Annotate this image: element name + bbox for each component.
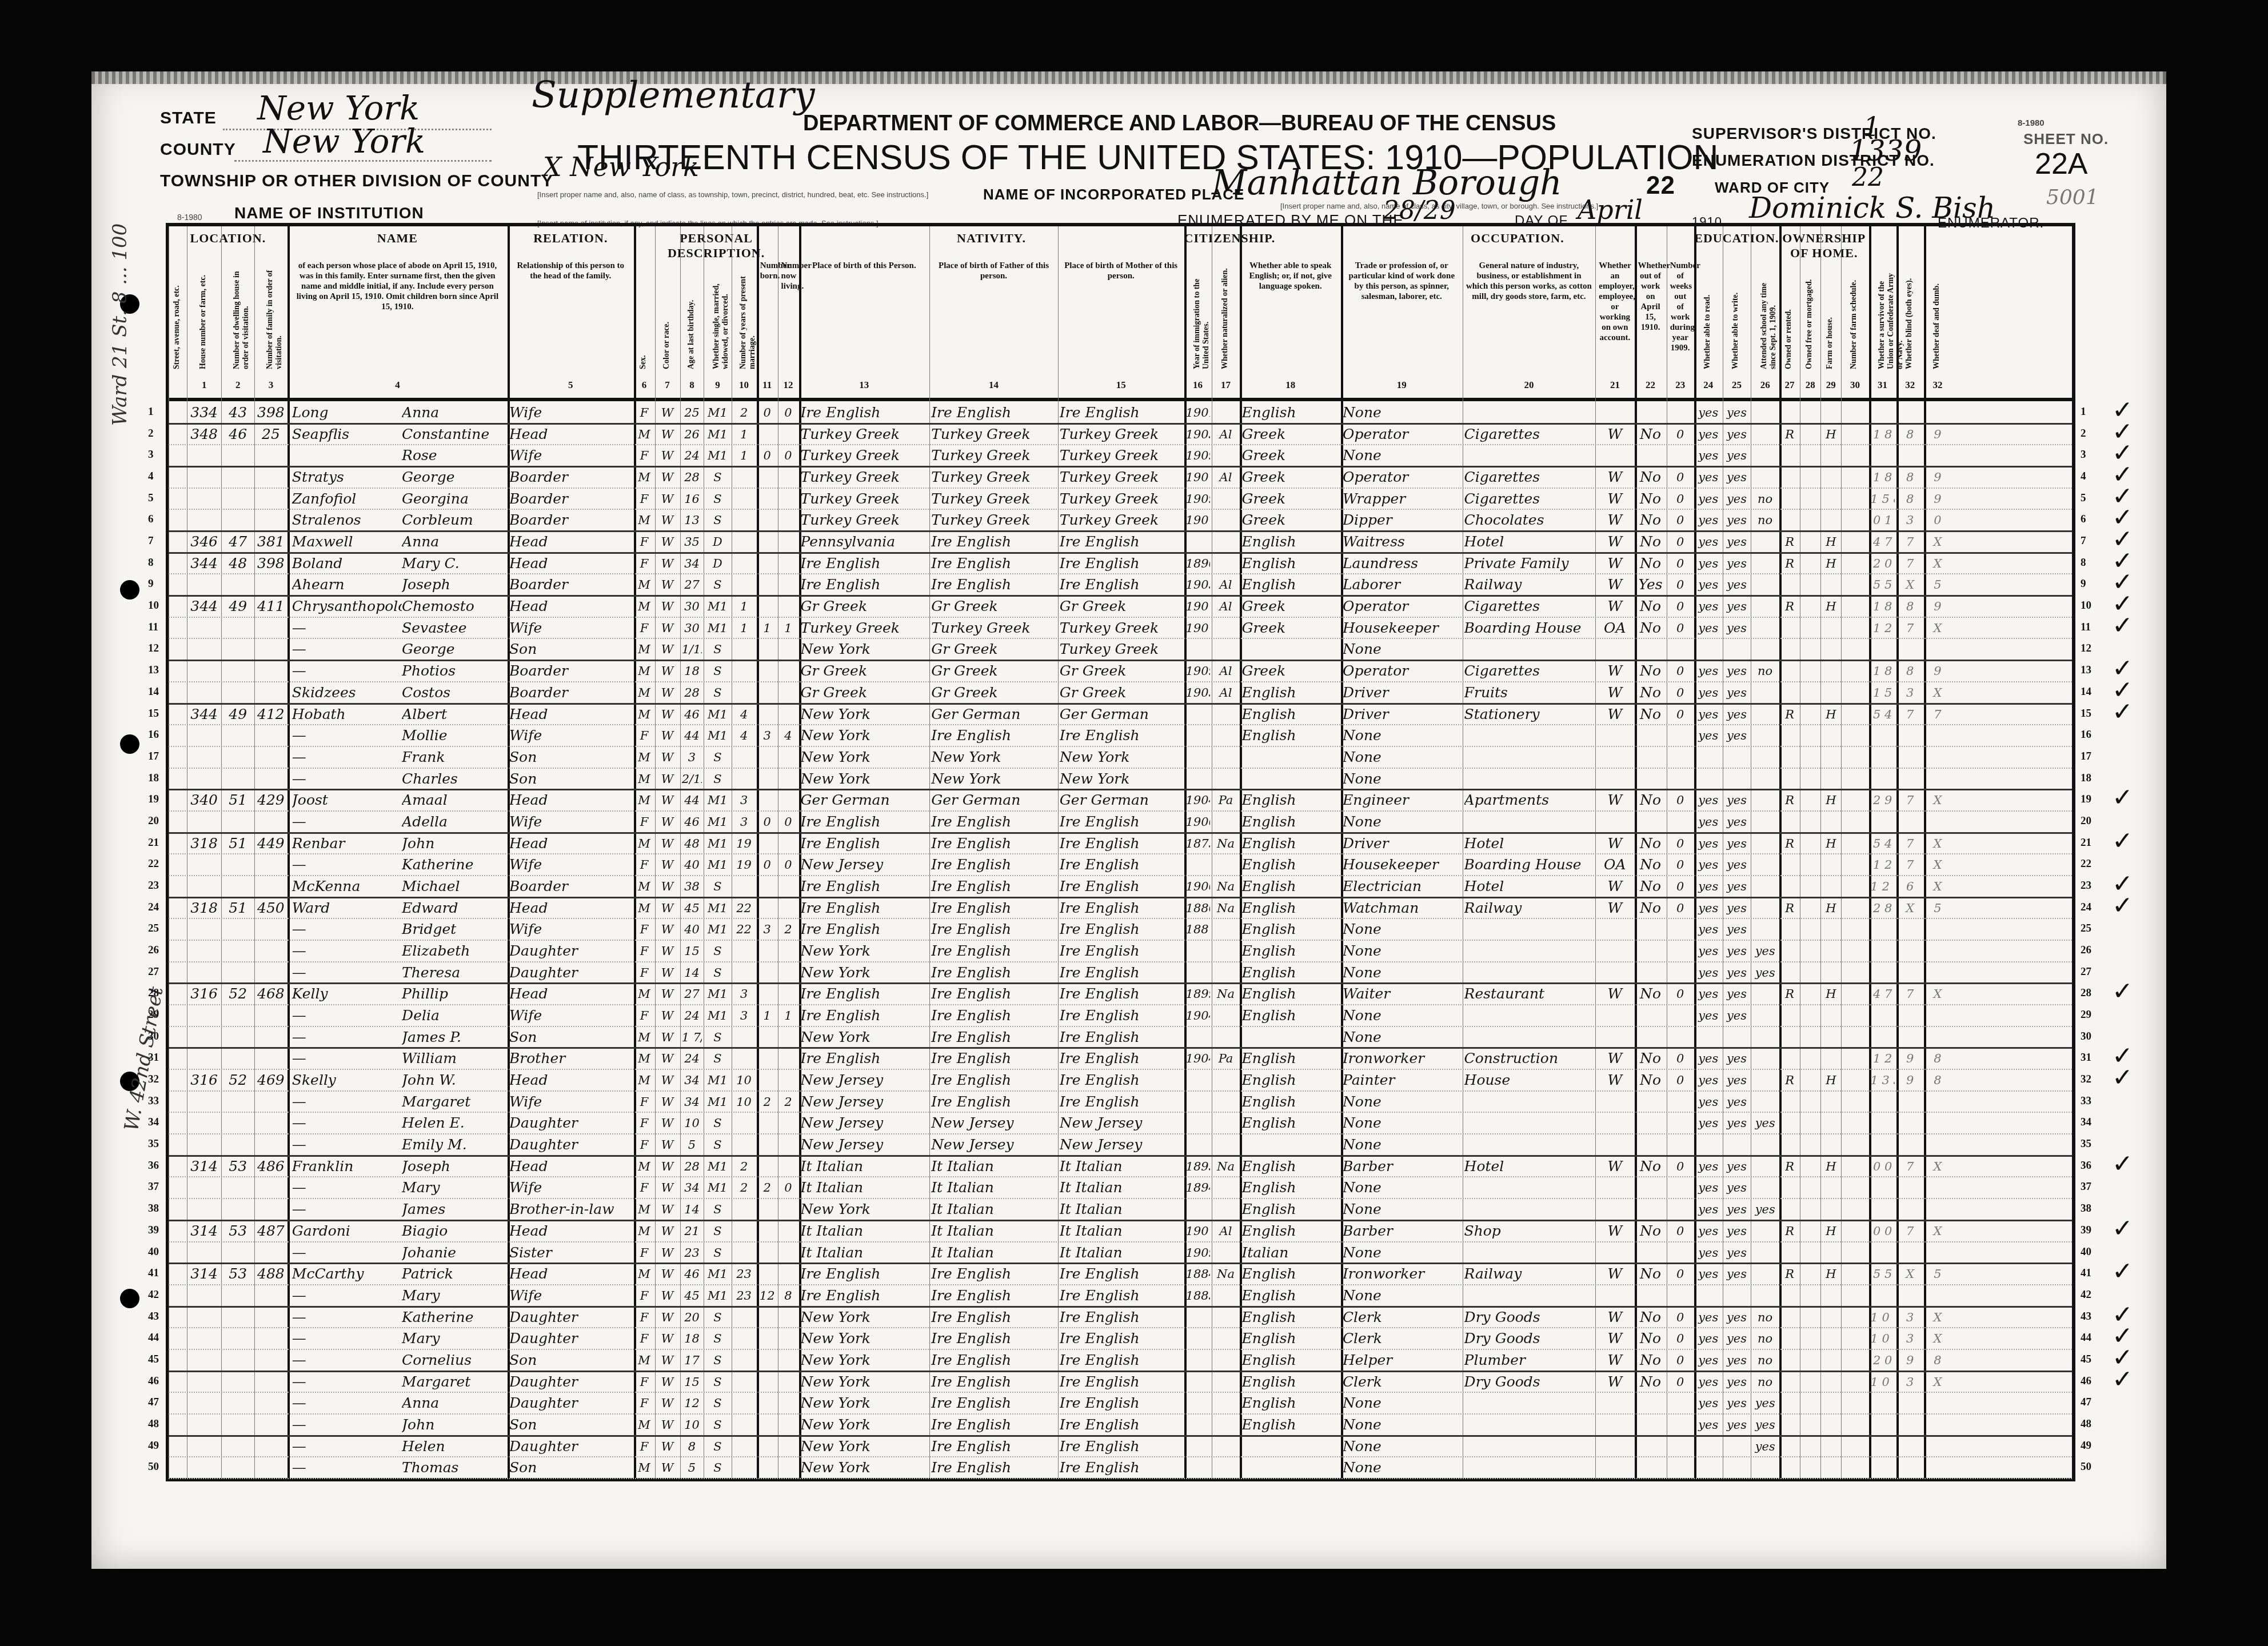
c32-cell: X [1926,617,1950,638]
line-number-left: 34 [148,1116,159,1129]
house-cell [189,1241,219,1263]
weeks-cell [1668,1112,1692,1133]
lang-cell: English [1241,401,1339,422]
c32-cell: 9 [1926,595,1950,616]
house-cell [189,961,219,982]
race-cell: W [657,1220,678,1241]
weeks-cell [1668,724,1692,745]
trade-cell: None [1343,1198,1461,1219]
street-cell [170,509,185,530]
born-cell [758,789,776,810]
c31-cell: 7 [1898,552,1922,573]
line-number-right: 33 [2081,1095,2091,1108]
school-cell [1752,681,1778,702]
c32-cell [1926,1026,1950,1047]
race-cell: W [657,552,678,573]
c32-cell [1926,940,1950,961]
bp-cell: New York [801,638,928,659]
bp-cell: New York [801,1026,928,1047]
line-number-left: 38 [148,1202,159,1215]
bpf-cell: Ire English [931,1392,1056,1413]
bp-cell: Ire English [801,982,928,1004]
mort-cell [1802,509,1819,530]
bpf-cell: Ire English [931,918,1056,939]
sex-cell: F [636,724,653,745]
imm-cell: 1907 [1186,509,1210,530]
c30-cell: 0 1 [1871,509,1895,530]
school-cell [1752,595,1778,616]
column-number: 17 [1212,379,1240,391]
emp-cell [1597,1284,1632,1305]
bp-cell: Ire English [801,552,928,573]
bpm-cell: Ire English [1060,810,1183,832]
weeks-cell [1668,768,1692,789]
industry-cell [1464,810,1594,832]
dwelling-cell: 43 [223,401,253,422]
yrs-cell: 2 [733,1176,755,1197]
house-cell: 314 [189,1263,219,1284]
street-cell [170,660,185,681]
marital-cell: M1 [705,617,729,638]
bpm-cell: Turkey Greek [1060,488,1183,509]
given-name-cell: Corbleum [402,509,505,530]
dwelling-cell [223,1047,253,1068]
dwelling-cell [223,1241,253,1263]
c30-cell [1871,810,1895,832]
read-cell: yes [1696,1112,1721,1133]
living-cell [780,875,797,896]
bpm-cell: Ire English [1060,897,1183,918]
census-row: 33443398LongAnnaWifeFW25M1200Ire English… [169,401,2072,425]
out-cell [1636,940,1665,961]
c30-cell: 1 0 7 [1871,1327,1895,1348]
school-cell: yes [1752,1198,1778,1219]
born-cell [758,1241,776,1263]
street-cell [170,982,185,1004]
living-cell [780,1220,797,1241]
c32-cell [1926,746,1950,767]
yrs-cell [733,552,755,573]
street-cell [170,768,185,789]
bpf-cell: New Jersey [931,1133,1056,1154]
line-number-left: 6 [148,513,154,526]
own-cell [1781,1392,1798,1413]
weeks-cell [1668,1284,1692,1305]
race-cell: W [657,1371,678,1392]
read-cell: yes [1696,444,1721,465]
race-cell: W [657,897,678,918]
nat-cell [1213,1306,1239,1327]
own-cell: R [1781,1069,1798,1090]
column-number: 31 [1869,379,1896,391]
census-row: —PhotiosBoarderMW18SGr GreekGr GreekGr G… [169,660,2072,682]
column-number: 11 [757,379,778,391]
column-desc-trade: Trade or profession of, or particular ki… [1344,261,1459,302]
c31-cell [1898,724,1922,745]
column-desc-family: Number of family in order of visitation. [266,266,284,369]
sched-cell [1843,1371,1867,1392]
imm-cell: 1909 [1186,660,1210,681]
lang-cell: English [1241,875,1339,896]
c30-cell [1871,1241,1895,1263]
c30-cell [1871,1198,1895,1219]
group-header-education: EDUCATION. [1694,231,1779,246]
family-cell [256,444,286,465]
born-cell [758,940,776,961]
weeks-cell: 0 [1668,853,1692,874]
marital-cell: S [705,681,729,702]
line-number-left: 44 [148,1332,159,1344]
column-number: 26 [1751,379,1779,391]
trade-cell: Driver [1343,703,1461,724]
c32-cell [1926,724,1950,745]
out-cell: No [1636,1349,1665,1370]
mort-cell [1802,1371,1819,1392]
weeks-cell: 0 [1668,832,1692,853]
trade-cell: Operator [1343,466,1461,487]
family-cell [256,681,286,702]
weeks-cell [1668,1456,1692,1477]
line-number-left: 25 [148,922,159,935]
marital-cell: M1 [705,853,729,874]
mort-cell [1802,1284,1819,1305]
imm-cell [1186,703,1210,724]
race-cell: W [657,1112,678,1133]
column-desc-c30: Whether a survivor of the Union or Confe… [1878,266,1905,369]
c30-cell: 1 0 7 [1871,1371,1895,1392]
imm-cell [1186,1112,1210,1133]
census-row: —BridgetWifeFW40M12232Ire EnglishIre Eng… [169,918,2072,941]
emp-cell: W [1597,466,1632,487]
age-cell: 12 [682,1392,702,1413]
census-row: 31851449RenbarJohnHeadMW48M119Ire Englis… [169,832,2072,855]
c31-cell [1898,1026,1922,1047]
yrs-cell [733,1327,755,1348]
c32-cell [1926,1241,1950,1263]
c30-cell [1871,1456,1895,1477]
c30-cell [1871,1090,1895,1112]
imm-cell: 1909 [1186,1241,1210,1263]
age-cell: 40 [682,853,702,874]
weeks-cell: 0 [1668,552,1692,573]
given-name-cell: Katherine [402,1306,505,1327]
out-cell: No [1636,1327,1665,1348]
house-cell [189,875,219,896]
nat-cell [1213,853,1239,874]
school-cell [1752,530,1778,552]
lang-cell: English [1241,918,1339,939]
census-row: —HelenDaughterFW8SNew YorkIre EnglishIre… [169,1435,2072,1458]
street-cell [170,681,185,702]
column-desc-emp: Whether an employer, employee, or workin… [1599,261,1631,343]
write-cell [1724,768,1750,789]
column-desc-write: Whether able to write. [1731,266,1740,369]
sheet-label: SHEET NO. [2023,130,2109,148]
trade-cell: None [1343,768,1461,789]
line-number-right: 18 [2081,772,2091,785]
yrs-cell: 22 [733,897,755,918]
bpf-cell: Ire English [931,401,1056,422]
house-cell [189,1198,219,1219]
dwelling-cell: 51 [223,789,253,810]
read-cell: yes [1696,466,1721,487]
c32-cell: X [1926,1371,1950,1392]
age-cell: 24 [682,1004,702,1025]
living-cell [780,509,797,530]
surname-cell: Seapflis [292,423,402,444]
column-desc-c31: Whether blind (both eyes). [1905,266,1914,369]
column-desc-weeks: Number of weeks out of work during year … [1670,261,1691,353]
industry-cell: Chocolates [1464,509,1594,530]
bpm-cell: Ire English [1060,573,1183,594]
mort-cell [1802,1047,1819,1068]
line-number-right: 38 [2081,1202,2091,1215]
surname-cell: Stratys [292,466,402,487]
sex-cell: M [636,1456,653,1477]
bp-cell: Ire English [801,1047,928,1068]
marital-cell: M1 [705,1284,729,1305]
bpm-cell: Ire English [1060,1371,1183,1392]
line-number-right: 32 [2081,1073,2091,1086]
house-cell [189,488,219,509]
sched-cell [1843,853,1867,874]
sex-cell: F [636,1241,653,1263]
sched-cell [1843,768,1867,789]
write-cell: yes [1724,875,1750,896]
bp-cell: Pennsylvania [801,530,928,552]
lang-cell: Greek [1241,595,1339,616]
race-cell: W [657,1069,678,1090]
bpf-cell: Ire English [931,1306,1056,1327]
read-cell [1696,1133,1721,1154]
census-row: —DeliaWifeFW24M1311Ire EnglishIre Englis… [169,1004,2072,1027]
house-cell [189,1112,219,1133]
living-cell [780,1392,797,1413]
sex-cell: F [636,1284,653,1305]
own-cell [1781,1241,1798,1263]
weeks-cell: 0 [1668,1155,1692,1176]
farm-cell [1822,1435,1839,1456]
street-cell [170,961,185,982]
lang-cell: English [1241,1069,1339,1090]
yrs-cell [733,1392,755,1413]
house-cell: 316 [189,982,219,1004]
relation-cell: Head [509,832,632,853]
weeks-cell [1668,1241,1692,1263]
race-cell: W [657,401,678,422]
relation-cell: Wife [509,1090,632,1112]
mort-cell [1802,1456,1819,1477]
living-cell [780,660,797,681]
school-cell: yes [1752,1392,1778,1413]
nat-cell [1213,1112,1239,1133]
school-cell [1752,1220,1778,1241]
relation-cell: Sister [509,1241,632,1263]
bpf-cell: Ire English [931,897,1056,918]
line-number-left: 30 [148,1030,159,1043]
relation-cell: Head [509,530,632,552]
nat-cell: Pa [1213,789,1239,810]
race-cell: W [657,1047,678,1068]
imm-cell [1186,1069,1210,1090]
c31-cell [1898,1456,1922,1477]
school-cell [1752,1090,1778,1112]
house-cell: 318 [189,832,219,853]
out-cell [1636,1456,1665,1477]
write-cell [1724,746,1750,767]
read-cell: yes [1696,982,1721,1004]
line-number-right: 2 [2081,428,2086,440]
sched-cell [1843,509,1867,530]
born-cell [758,703,776,724]
sched-cell [1843,1327,1867,1348]
c32-cell [1926,444,1950,465]
line-number-left: 31 [148,1052,159,1064]
census-row: —AdellaWifeFW46M1300Ire EnglishIre Engli… [169,810,2072,834]
imm-cell [1186,1456,1210,1477]
line-number-left: 50 [148,1461,159,1473]
own-cell [1781,1413,1798,1435]
imm-cell: 1900 [1186,810,1210,832]
nat-cell [1213,724,1239,745]
given-name-cell: Patrick [402,1263,505,1284]
emp-cell: W [1597,1069,1632,1090]
nat-cell [1213,509,1239,530]
trade-cell: None [1343,724,1461,745]
sex-cell: M [636,875,653,896]
c32-cell: 9 [1926,466,1950,487]
column-number: 9 [704,379,731,391]
relation-cell: Wife [509,1004,632,1025]
family-cell [256,638,286,659]
weeks-cell: 0 [1668,703,1692,724]
imm-cell [1186,638,1210,659]
line-number-left: 2 [148,428,154,440]
c30-cell: 2 0 [1871,1349,1895,1370]
write-cell: yes [1724,810,1750,832]
born-cell: 1 [758,617,776,638]
given-name-cell: William [402,1047,505,1068]
c30-cell: 2 8 [1871,897,1895,918]
bpm-cell: Turkey Greek [1060,423,1183,444]
industry-cell [1464,1413,1594,1435]
living-cell: 0 [780,810,797,832]
weeks-cell: 0 [1668,595,1692,616]
mort-cell [1802,918,1819,939]
given-name-cell: Helen [402,1435,505,1456]
marital-cell: M1 [705,1069,729,1090]
trade-cell: Driver [1343,832,1461,853]
bpm-cell: It Italian [1060,1155,1183,1176]
township-hint: [Insert proper name and, also, name of c… [537,190,928,199]
bpm-cell: Ire English [1060,724,1183,745]
bp-cell: It Italian [801,1155,928,1176]
line-number-right: 12 [2081,642,2091,655]
lang-cell: English [1241,573,1339,594]
lang-cell: English [1241,810,1339,832]
column-number: 23 [1667,379,1694,391]
margin-note: Ward 21 St. 8 ... 100 [109,223,131,426]
census-row: —MargaretWifeFW34M11022New JerseyIre Eng… [169,1090,2072,1113]
house-cell [189,617,219,638]
mort-cell [1802,875,1819,896]
born-cell [758,1413,776,1435]
marital-cell: S [705,638,729,659]
weeks-cell: 0 [1668,1349,1692,1370]
family-cell [256,1112,286,1133]
column-desc-mort: Owned free or mortgaged. [1805,266,1814,369]
column-desc-sex: Sex. [639,266,648,369]
street-cell [170,1112,185,1133]
emp-cell: W [1597,982,1632,1004]
industry-cell: Apartments [1464,789,1594,810]
school-cell: no [1752,1327,1778,1348]
race-cell: W [657,982,678,1004]
school-cell [1752,401,1778,422]
out-cell [1636,1392,1665,1413]
relation-cell: Son [509,638,632,659]
census-row: —TheresaDaughterFW14SNew YorkIre English… [169,961,2072,985]
industry-cell [1464,1392,1594,1413]
sex-cell: M [636,1069,653,1090]
family-cell [256,488,286,509]
read-cell: yes [1696,1306,1721,1327]
read-cell: yes [1696,1327,1721,1348]
out-cell: No [1636,1047,1665,1068]
census-row: 34449412HobathAlbertHeadMW46M14New YorkG… [169,703,2072,726]
month-value: April [1578,194,1643,225]
farm-cell [1822,1047,1839,1068]
farm-cell [1822,768,1839,789]
census-row: 3484625SeapflisConstantineHeadMW26M11Tur… [169,423,2072,446]
given-name-cell: Delia [402,1004,505,1025]
relation-cell: Head [509,552,632,573]
out-cell [1636,1435,1665,1456]
own-cell: R [1781,832,1798,853]
school-cell [1752,617,1778,638]
column-desc-born: Number born. [760,261,774,281]
given-name-cell: Biagio [402,1220,505,1241]
street-cell [170,703,185,724]
own-cell [1781,1047,1798,1068]
column-desc-yrs: Number of years of present marriage. [739,266,757,369]
house-cell: 316 [189,1069,219,1090]
c31-cell: X [1898,897,1922,918]
school-cell [1752,875,1778,896]
line-number-left: 19 [148,793,159,806]
line-number-right: 50 [2081,1461,2091,1473]
street-cell [170,1090,185,1112]
census-row: —MaryWifeFW34M1220It ItalianIt ItalianIt… [169,1176,2072,1199]
surname-cell: — [292,1198,402,1219]
lang-cell [1241,1026,1339,1047]
own-cell [1781,1306,1798,1327]
census-row: —Helen E.DaughterFW10SNew JerseyNew Jers… [169,1112,2072,1134]
sched-cell [1843,1133,1867,1154]
imm-cell: 1895 [1186,1155,1210,1176]
given-name-cell: Bridget [402,918,505,939]
line-number-left: 17 [148,750,159,763]
line-number-right: 47 [2081,1396,2091,1409]
relation-cell: Wife [509,401,632,422]
family-cell: 412 [256,703,286,724]
census-row: —ThomasSonMW5SNew YorkIre EnglishIre Eng… [169,1456,2072,1479]
lang-cell: English [1241,1413,1339,1435]
bp-cell: New York [801,1392,928,1413]
yrs-cell [733,1435,755,1456]
race-cell: W [657,724,678,745]
street-cell [170,1026,185,1047]
